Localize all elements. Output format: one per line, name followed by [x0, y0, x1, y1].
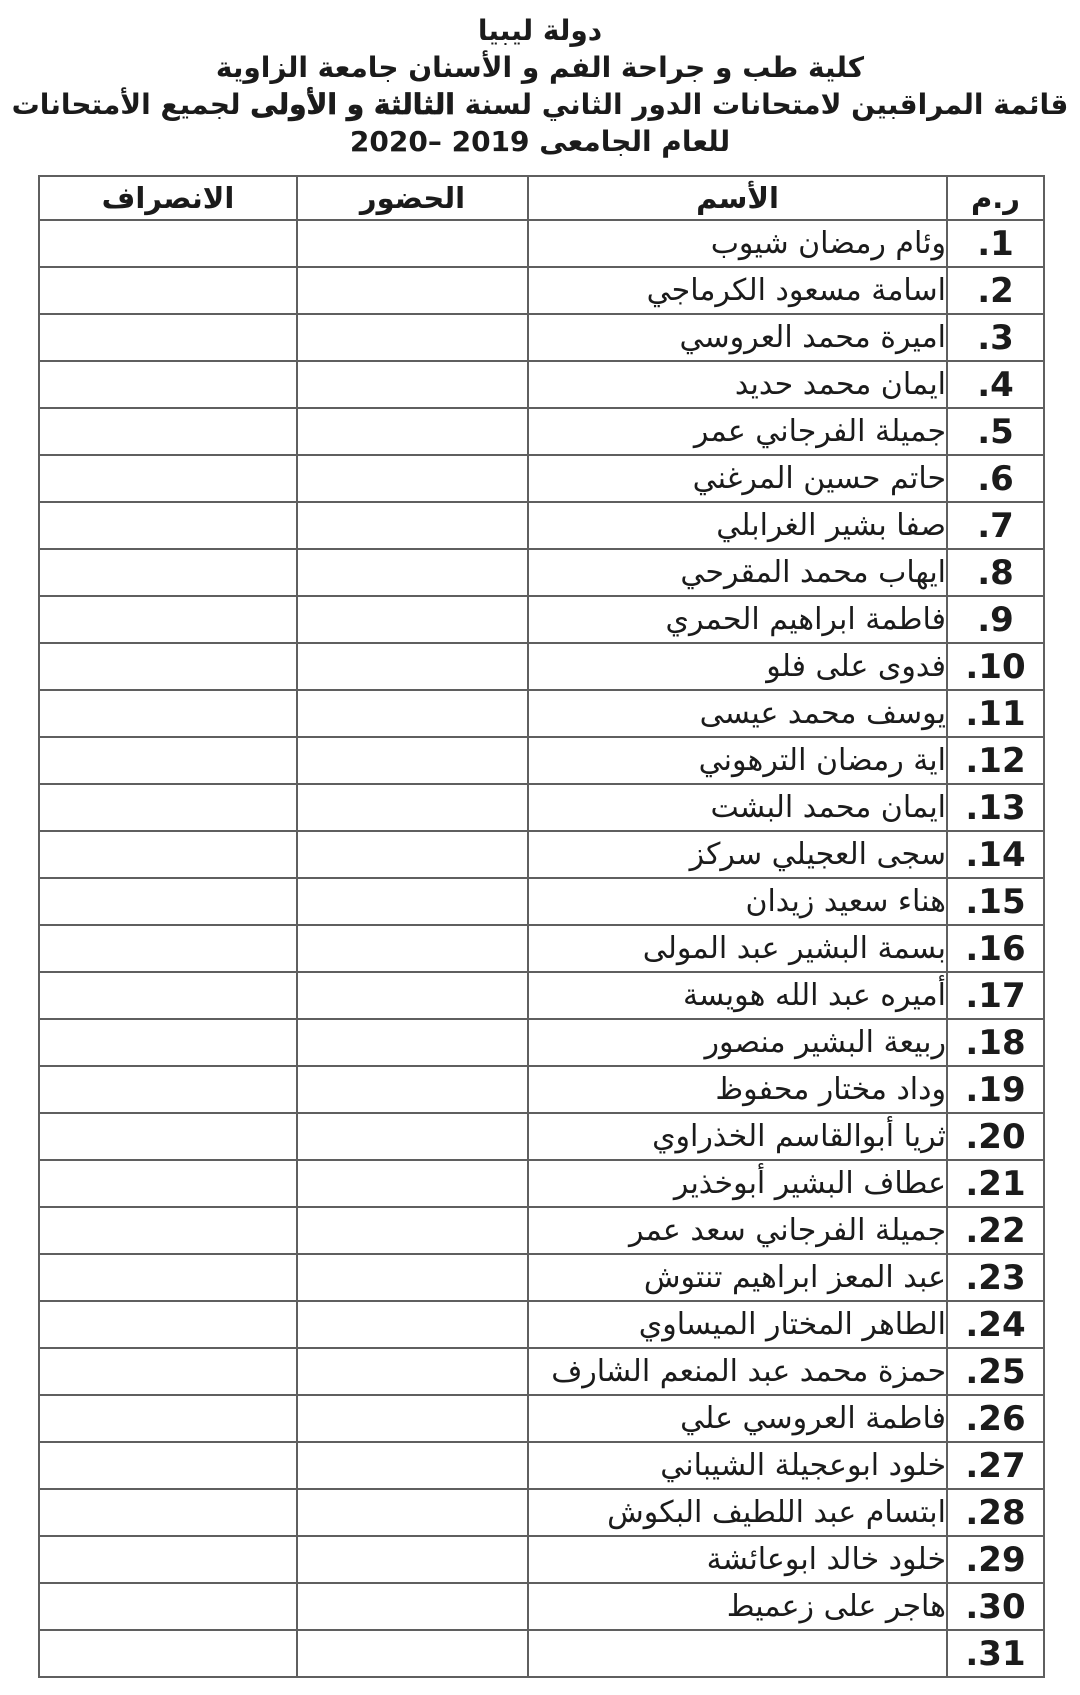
- departure-cell: [39, 1254, 297, 1301]
- table-row: 29. خلود خالد ابوعائشة: [39, 1536, 1044, 1583]
- name-cell: اية رمضان الترهوني: [528, 737, 947, 784]
- attendance-cell: [297, 784, 528, 831]
- attendance-cell: [297, 1254, 528, 1301]
- col-header-attendance: الحضور: [297, 176, 528, 220]
- serial-cell: 15.: [947, 878, 1044, 925]
- departure-cell: [39, 1066, 297, 1113]
- table-row: 20. ثريا أبوالقاسم الخذراوي: [39, 1113, 1044, 1160]
- departure-cell: [39, 737, 297, 784]
- departure-cell: [39, 1207, 297, 1254]
- departure-cell: [39, 1019, 297, 1066]
- departure-cell: [39, 972, 297, 1019]
- serial-cell: 4.: [947, 361, 1044, 408]
- table-row: 24. الطاهر المختار الميساوي: [39, 1301, 1044, 1348]
- attendance-cell: [297, 1113, 528, 1160]
- serial-cell: 1.: [947, 220, 1044, 267]
- table-row: 11. يوسف محمد عيسى: [39, 690, 1044, 737]
- scanned-document-page: دولة ليبيا كلية طب و جراحة الفم و الأسنا…: [0, 0, 1080, 1695]
- table-row: 13. ايمان محمد البشت: [39, 784, 1044, 831]
- attendance-cell: [297, 831, 528, 878]
- serial-cell: 30.: [947, 1583, 1044, 1630]
- table-row: 2. اسامة مسعود الكرماجي: [39, 267, 1044, 314]
- table-row: 1. وئام رمضان شيوب: [39, 220, 1044, 267]
- table-row: 26. فاطمة العروسي علي: [39, 1395, 1044, 1442]
- attendance-cell: [297, 925, 528, 972]
- serial-cell: 24.: [947, 1301, 1044, 1348]
- name-cell: هناء سعيد زيدان: [528, 878, 947, 925]
- attendance-cell: [297, 1630, 528, 1677]
- serial-cell: 25.: [947, 1348, 1044, 1395]
- title-desc-suffix: لجميع الأمتحانات: [12, 88, 251, 121]
- table-row: 31.: [39, 1630, 1044, 1677]
- departure-cell: [39, 361, 297, 408]
- departure-cell: [39, 502, 297, 549]
- departure-cell: [39, 267, 297, 314]
- serial-cell: 17.: [947, 972, 1044, 1019]
- attendance-cell: [297, 878, 528, 925]
- table-row: 9. فاطمة ابراهيم الحمري: [39, 596, 1044, 643]
- name-cell: يوسف محمد عيسى: [528, 690, 947, 737]
- serial-cell: 27.: [947, 1442, 1044, 1489]
- name-cell: عبد المعز ابراهيم تنتوش: [528, 1254, 947, 1301]
- name-cell: حاتم حسين المرغني: [528, 455, 947, 502]
- serial-cell: 31.: [947, 1630, 1044, 1677]
- attendance-cell: [297, 643, 528, 690]
- attendance-cell: [297, 1395, 528, 1442]
- serial-cell: 9.: [947, 596, 1044, 643]
- serial-cell: 2.: [947, 267, 1044, 314]
- table-row: 14. سجى العجيلي سركز: [39, 831, 1044, 878]
- table-body: 1. وئام رمضان شيوب 2. اسامة مسعود الكرما…: [39, 220, 1044, 1677]
- table-header-row: ر.م الأسم الحضور الانصراف: [39, 176, 1044, 220]
- name-cell: فاطمة العروسي علي: [528, 1395, 947, 1442]
- attendance-cell: [297, 1066, 528, 1113]
- serial-cell: 29.: [947, 1536, 1044, 1583]
- serial-cell: 26.: [947, 1395, 1044, 1442]
- table-row: 22. جميلة الفرجاني سعد عمر: [39, 1207, 1044, 1254]
- table-row: 7. صفا بشير الغرابلي: [39, 502, 1044, 549]
- table-row: 4. ايمان محمد حديد: [39, 361, 1044, 408]
- serial-cell: 6.: [947, 455, 1044, 502]
- table-row: 12. اية رمضان الترهوني: [39, 737, 1044, 784]
- attendance-cell: [297, 1489, 528, 1536]
- departure-cell: [39, 1536, 297, 1583]
- attendance-cell: [297, 314, 528, 361]
- serial-cell: 5.: [947, 408, 1044, 455]
- departure-cell: [39, 878, 297, 925]
- name-cell: اسامة مسعود الكرماجي: [528, 267, 947, 314]
- attendance-cell: [297, 455, 528, 502]
- serial-cell: 28.: [947, 1489, 1044, 1536]
- departure-cell: [39, 643, 297, 690]
- departure-cell: [39, 1113, 297, 1160]
- title-academic-year: للعام الجامعى 2019 –2020: [0, 123, 1080, 160]
- name-cell: صفا بشير الغرابلي: [528, 502, 947, 549]
- attendance-cell: [297, 1019, 528, 1066]
- table-row: 23. عبد المعز ابراهيم تنتوش: [39, 1254, 1044, 1301]
- table-row: 28. ابتسام عبد اللطيف البكوش: [39, 1489, 1044, 1536]
- table-row: 10. فدوى على فلو: [39, 643, 1044, 690]
- attendance-cell: [297, 502, 528, 549]
- name-cell: خلود ابوعجيلة الشيباني: [528, 1442, 947, 1489]
- attendance-cell: [297, 220, 528, 267]
- name-cell: بسمة البشير عبد المولى: [528, 925, 947, 972]
- title-college: كلية طب و جراحة الفم و الأسنان جامعة الز…: [0, 49, 1080, 86]
- col-header-serial: ر.م: [947, 176, 1044, 220]
- serial-cell: 18.: [947, 1019, 1044, 1066]
- serial-cell: 16.: [947, 925, 1044, 972]
- table-row: 3. اميرة محمد العروسي: [39, 314, 1044, 361]
- serial-cell: 21.: [947, 1160, 1044, 1207]
- table-row: 30. هاجر على زعميط: [39, 1583, 1044, 1630]
- table-row: 5. جميلة الفرجاني عمر: [39, 408, 1044, 455]
- name-cell: الطاهر المختار الميساوي: [528, 1301, 947, 1348]
- name-cell: هاجر على زعميط: [528, 1583, 947, 1630]
- attendance-cell: [297, 1301, 528, 1348]
- attendance-cell: [297, 408, 528, 455]
- serial-cell: 7.: [947, 502, 1044, 549]
- departure-cell: [39, 596, 297, 643]
- serial-cell: 10.: [947, 643, 1044, 690]
- title-country: دولة ليبيا: [0, 12, 1080, 49]
- name-cell: عطاف البشير أبوخذير: [528, 1160, 947, 1207]
- serial-cell: 8.: [947, 549, 1044, 596]
- attendance-cell: [297, 972, 528, 1019]
- name-cell: وئام رمضان شيوب: [528, 220, 947, 267]
- departure-cell: [39, 1442, 297, 1489]
- serial-cell: 23.: [947, 1254, 1044, 1301]
- departure-cell: [39, 1160, 297, 1207]
- document-header: دولة ليبيا كلية طب و جراحة الفم و الأسنا…: [0, 0, 1080, 160]
- name-cell: [528, 1630, 947, 1677]
- name-cell: فاطمة ابراهيم الحمري: [528, 596, 947, 643]
- table-row: 25. حمزة محمد عبد المنعم الشارف: [39, 1348, 1044, 1395]
- departure-cell: [39, 455, 297, 502]
- col-header-departure: الانصراف: [39, 176, 297, 220]
- table-row: 19. وداد مختار محفوظ: [39, 1066, 1044, 1113]
- invigilators-table: ر.م الأسم الحضور الانصراف 1. وئام رمضان …: [38, 175, 1045, 1678]
- table-row: 21. عطاف البشير أبوخذير: [39, 1160, 1044, 1207]
- departure-cell: [39, 1489, 297, 1536]
- name-cell: جميلة الفرجاني سعد عمر: [528, 1207, 947, 1254]
- departure-cell: [39, 220, 297, 267]
- col-header-name: الأسم: [528, 176, 947, 220]
- departure-cell: [39, 1630, 297, 1677]
- table-row: 6. حاتم حسين المرغني: [39, 455, 1044, 502]
- serial-cell: 11.: [947, 690, 1044, 737]
- name-cell: سجى العجيلي سركز: [528, 831, 947, 878]
- name-cell: ابتسام عبد اللطيف البكوش: [528, 1489, 947, 1536]
- name-cell: حمزة محمد عبد المنعم الشارف: [528, 1348, 947, 1395]
- name-cell: اميرة محمد العروسي: [528, 314, 947, 361]
- name-cell: فدوى على فلو: [528, 643, 947, 690]
- name-cell: ايمان محمد البشت: [528, 784, 947, 831]
- name-cell: ايمان محمد حديد: [528, 361, 947, 408]
- name-cell: ثريا أبوالقاسم الخذراوي: [528, 1113, 947, 1160]
- departure-cell: [39, 314, 297, 361]
- attendance-cell: [297, 361, 528, 408]
- serial-cell: 19.: [947, 1066, 1044, 1113]
- name-cell: وداد مختار محفوظ: [528, 1066, 947, 1113]
- serial-cell: 20.: [947, 1113, 1044, 1160]
- attendance-cell: [297, 1348, 528, 1395]
- attendance-cell: [297, 1207, 528, 1254]
- departure-cell: [39, 784, 297, 831]
- table-row: 27. خلود ابوعجيلة الشيباني: [39, 1442, 1044, 1489]
- title-desc-years-bold: الثالثة و الأولى: [250, 88, 455, 121]
- departure-cell: [39, 831, 297, 878]
- attendance-cell: [297, 596, 528, 643]
- name-cell: خلود خالد ابوعائشة: [528, 1536, 947, 1583]
- attendance-cell: [297, 549, 528, 596]
- attendance-cell: [297, 267, 528, 314]
- serial-cell: 13.: [947, 784, 1044, 831]
- title-list-description: قائمة المراقبين لامتحانات الدور الثاني ل…: [0, 86, 1080, 123]
- table-row: 15. هناء سعيد زيدان: [39, 878, 1044, 925]
- departure-cell: [39, 690, 297, 737]
- serial-cell: 14.: [947, 831, 1044, 878]
- departure-cell: [39, 1301, 297, 1348]
- attendance-cell: [297, 1536, 528, 1583]
- serial-cell: 22.: [947, 1207, 1044, 1254]
- departure-cell: [39, 925, 297, 972]
- attendance-cell: [297, 737, 528, 784]
- attendance-cell: [297, 1442, 528, 1489]
- serial-cell: 3.: [947, 314, 1044, 361]
- name-cell: ايهاب محمد المقرحي: [528, 549, 947, 596]
- departure-cell: [39, 1583, 297, 1630]
- attendance-cell: [297, 1583, 528, 1630]
- table-row: 17. أميره عبد الله هويسة: [39, 972, 1044, 1019]
- name-cell: جميلة الفرجاني عمر: [528, 408, 947, 455]
- departure-cell: [39, 408, 297, 455]
- table-row: 16. بسمة البشير عبد المولى: [39, 925, 1044, 972]
- attendance-cell: [297, 1160, 528, 1207]
- table-row: 8. ايهاب محمد المقرحي: [39, 549, 1044, 596]
- departure-cell: [39, 1395, 297, 1442]
- serial-cell: 12.: [947, 737, 1044, 784]
- departure-cell: [39, 549, 297, 596]
- departure-cell: [39, 1348, 297, 1395]
- title-desc-prefix: قائمة المراقبين لامتحانات الدور الثاني ل…: [455, 88, 1068, 121]
- table-row: 18. ربيعة البشير منصور: [39, 1019, 1044, 1066]
- attendance-cell: [297, 690, 528, 737]
- name-cell: أميره عبد الله هويسة: [528, 972, 947, 1019]
- name-cell: ربيعة البشير منصور: [528, 1019, 947, 1066]
